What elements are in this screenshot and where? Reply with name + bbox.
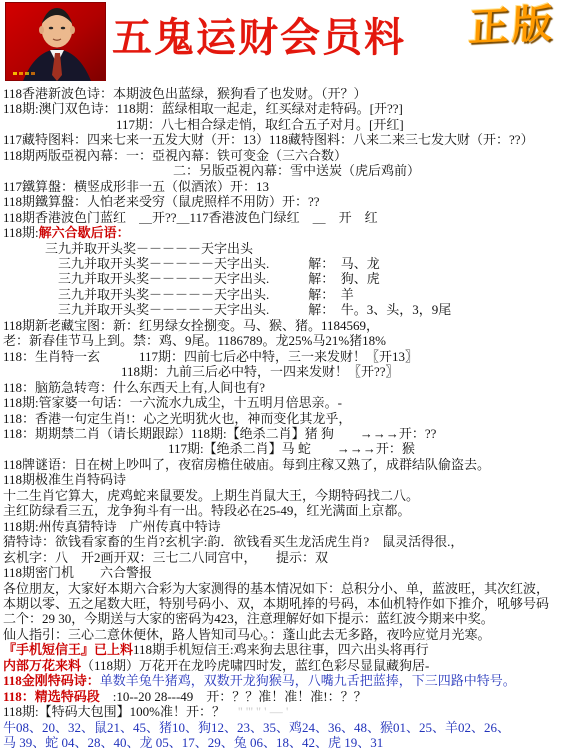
text-segment: 118期:州传真猜特诗 广州传真中特诗	[3, 519, 221, 534]
genuine-stamp: 正版	[468, 0, 557, 52]
text-segment: 十二生肖它算大，虎鸡蛇来鼠要发。上期生肖鼠大王，今期特码找二八。	[3, 488, 419, 503]
text-segment: 118：生肖特一玄 117期：四前七后必中特，三一来发财！〖开13〗	[3, 349, 418, 364]
text-segment: 解六合歇后语：	[39, 225, 130, 240]
text-segment: 118牌谜语：日在树上吵叫了，夜宿房檐住破庙。每到庄稼又熟了，成群结队偷盗去。	[3, 457, 490, 472]
text-segment: 118期:	[3, 225, 39, 240]
text-line: 玄机字：八 开2画开双：三七二八同宫中， 提示：双	[3, 550, 575, 565]
text-line: 117期：八七相合绿走悄，取红合五子对月。[开红]	[3, 117, 575, 132]
text-line: 马 39、蛇 04、28、40、龙 05、17、29、兔 06、18、42、虎 …	[3, 735, 575, 750]
text-line: 三九并取开头奖－－－－－天字出头. 解： 马、龙	[3, 256, 575, 271]
text-segment: 118期:澳门双色诗：118期：蓝绿相取一起走，红买绿对走特码。[开??]	[3, 101, 403, 116]
text-line: 老：新春佳节马上到。禁：鸡、9尾。1186789。龙25%马21%猪18%	[3, 333, 575, 348]
text-segment: 主红防绿看三五，龙争狗斗有一出。特段必在25-49，红光满面上京都。	[3, 503, 410, 518]
text-line: 仙人指引：三心二意休便休，路人皆知司马心。：蓬山此去无多路，夜吟应觉月光寒。	[3, 627, 575, 642]
text-line: 117鐵算盤：横竖成形非一五（似酒浓）开：13	[3, 179, 575, 194]
text-segment: 内部万花来料	[3, 658, 81, 673]
text-segment: 118：期期禁二肖（请长期跟踪）118期:【绝杀二肖】猪 狗 →→→开：??	[3, 426, 436, 441]
text-line: 各位朋友，大家好本期六合彩为大家测得的基本情况如下：总积分小、单，蓝波旺，其次红…	[3, 581, 575, 596]
text-line: 三九并取开头奖－－－－－天字出头. 解： 牛。3、头，3，9尾	[3, 302, 575, 317]
text-line: 三九并取开头奖－－－－－天字出头. 解： 狗、虎	[3, 271, 575, 286]
page-header: 五鬼运财会员料 正版	[0, 0, 575, 86]
text-segment: 118期两版亞視內幕：一：亞視內幕：铁可变金（三六合数）	[3, 148, 347, 163]
text-line: 118香港新波色诗：本期波色出蓝绿，猴狗看了也发财。（开？）	[3, 86, 575, 101]
text-line: 117藏特图料：四来七来一五发大财（开：13）118藏特图料：八来二来三七发大财…	[3, 132, 575, 147]
text-segment: 猜特诗：欲钱看家畜的生肖?玄机字:韵．欲钱看买生龙活虎生肖? 鼠灵活得很.，	[3, 534, 463, 549]
text-line: 本期以零、五之尾数大旺，特别号码小、双，本期吼捧的号码，本仙机特作如下推介，吼够…	[3, 596, 575, 611]
text-segment: 『手机短信王』已上料	[3, 642, 133, 657]
text-segment: 117藏特图料：四来七来一五发大财（开：13）118藏特图料：八来二来三七发大财…	[3, 132, 534, 147]
text-segment: 老：新春佳节马上到。禁：鸡、9尾。1186789。龙25%马21%猪18%	[3, 333, 386, 348]
text-segment: 三九并取开头奖－－－－－天字出头	[45, 241, 253, 256]
text-line: 118期两版亞視內幕：一：亞視內幕：铁可变金（三六合数）	[3, 148, 575, 163]
text-line: 『手机短信王』已上料118期手机短信王:鸡来狗去思往事，四六出头将再行	[3, 642, 575, 657]
text-line: 118期:州传真猜特诗 广州传真中特诗	[3, 519, 575, 534]
lottery-tipsheet-page: 五鬼运财会员料 正版 118香港新波色诗：本期波色出蓝绿，猴狗看了也发财。（开？…	[0, 0, 575, 751]
text-segment: 118期香港波色门蓝红 ＿开??＿117香港波色门绿红 ＿ 开 红	[3, 210, 378, 225]
text-line: 118牌谜语：日在树上吵叫了，夜宿房檐住破庙。每到庄稼又熟了，成群结队偷盗去。	[3, 457, 575, 472]
text-line: 118金刚特码诗：单数羊兔牛猪鸡，双数开龙狗猴马，八嘴九舌把蓝捧，下三四路中特号…	[3, 673, 575, 688]
text-segment: 二：另版亞視內幕：雪中送炭（虎后鸡前）	[173, 163, 420, 178]
text-segment: 玄机字：八 开2画开双：三七二八同宫中， 提示：双	[3, 550, 328, 565]
text-segment: 118：香港一句定生肖!：心之光明犹火也，神而变化其龙乎，	[3, 411, 351, 426]
text-line: 118期:【特码大包围】100%准！开：？ '' ''' '' ' ― '	[3, 704, 575, 719]
text-line: 三九并取开头奖－－－－－天字出头. 解： 羊	[3, 287, 575, 302]
text-line: 118期:管家婆一句话：一六流水九成尘，十五明月倍思亲。-	[3, 395, 575, 410]
text-segment: 117期:【绝杀二肖】马 蛇 →→→开：猴	[168, 441, 415, 456]
text-segment: 牛08、20、32、鼠21、45、猪10、狗12、23、35、鸡24、36、48…	[3, 720, 510, 735]
text-segment: 三九并取开头奖－－－－－天字出头. 解： 马、龙	[58, 256, 380, 271]
text-segment: 三九并取开头奖－－－－－天字出头. 解： 羊	[58, 287, 354, 302]
text-segment: 118期:【特码大包围】100%准！开：？	[3, 704, 225, 719]
text-line: 117期:【绝杀二肖】马 蛇 →→→开：猴	[3, 441, 575, 456]
text-segment: （118期）万花开在龙吟虎啸四时发，蓝红色彩尽显鼠藏狗居-	[81, 658, 429, 673]
page-title: 五鬼运财会员料	[112, 16, 406, 60]
text-segment: 117鐵算盤：横竖成形非一五（似酒浓）开：13	[3, 179, 269, 194]
text-line: 118期密门机 六合警报	[3, 565, 575, 580]
text-segment: 118：精选特码段	[3, 689, 100, 704]
text-segment: 马 39、蛇 04、28、40、龙 05、17、29、兔 06、18、42、虎 …	[3, 735, 383, 750]
text-segment: 二个：29 30，今期送与大家的密码为423，注意理解好如下提示：蓝红波今期来中…	[3, 611, 494, 626]
text-segment: 118期密门机 六合警报	[3, 565, 152, 580]
text-line: 118：脑筋急转弯：什么东西天上有,人间也有?	[3, 380, 575, 395]
text-line: 三九并取开头奖－－－－－天字出头	[3, 241, 575, 256]
text-line: 十二生肖它算大，虎鸡蛇来鼠要发。上期生肖鼠大王，今期特码找二八。	[3, 488, 575, 503]
text-segment: 三九并取开头奖－－－－－天字出头. 解： 狗、虎	[58, 271, 380, 286]
text-line: 118期极准生肖特码诗	[3, 472, 575, 487]
text-line: 内部万花来料（118期）万花开在龙吟虎啸四时发，蓝红色彩尽显鼠藏狗居-	[3, 658, 575, 673]
text-line: 118期:解六合歇后语：	[3, 225, 575, 240]
portrait-photo	[5, 2, 106, 81]
text-line: 118期：九前三后必中特，一四来发财！〖开??〗	[3, 364, 575, 379]
text-segment: 118：脑筋急转弯：什么东西天上有,人间也有?	[3, 380, 265, 395]
text-line: 118：期期禁二肖（请长期跟踪）118期:【绝杀二肖】猪 狗 →→→开：??	[3, 426, 575, 441]
text-line: 二：另版亞視內幕：雪中送炭（虎后鸡前）	[3, 163, 575, 178]
text-segment: :10--20 28---49 开：？？准！准！准!：？？	[100, 689, 367, 704]
text-segment: 118期新老藏宝图：新：红男绿女拴捌变。马、猴、猪。1184569，	[3, 318, 379, 333]
text-line: 二个：29 30，今期送与大家的密码为423，注意理解好如下提示：蓝红波今期来中…	[3, 611, 575, 626]
text-segment: 118期：九前三后必中特，一四来发财！〖开??〗	[121, 364, 399, 379]
text-line: 牛08、20、32、鼠21、45、猪10、狗12、23、35、鸡24、36、48…	[3, 720, 575, 735]
text-segment: 118期:管家婆一句话：一六流水九成尘，十五明月倍思亲。-	[3, 395, 342, 410]
text-line: 118期:澳门双色诗：118期：蓝绿相取一起走，红买绿对走特码。[开??]	[3, 101, 575, 116]
text-line: 118：香港一句定生肖!：心之光明犹火也，神而变化其龙乎，	[3, 411, 575, 426]
text-line: 118期鐵算盤：人怕老来受穷（鼠虎照样不用防）开：??	[3, 194, 575, 209]
text-segment: 本期以零、五之尾数大旺，特别号码小、双，本期吼捧的号码，本仙机特作如下推介，吼够…	[3, 596, 549, 611]
content-lines: 118香港新波色诗：本期波色出蓝绿，猴狗看了也发财。（开？）118期:澳门双色诗…	[3, 86, 575, 750]
text-segment: 118期极准生肖特码诗	[3, 472, 126, 487]
text-line: 118：精选特码段 :10--20 28---49 开：？？准！准！准!：？？	[3, 689, 575, 704]
text-segment: 117期：八七相合绿走悄，取红合五子对月。[开红]	[116, 117, 404, 132]
text-segment: 118金刚特码诗：	[3, 673, 100, 688]
text-line: 主红防绿看三五，龙争狗斗有一出。特段必在25-49，红光满面上京都。	[3, 503, 575, 518]
text-segment: 三九并取开头奖－－－－－天字出头. 解： 牛。3、头，3，9尾	[58, 302, 451, 317]
text-segment: 118香港新波色诗：本期波色出蓝绿，猴狗看了也发财。（开？）	[3, 86, 367, 101]
text-line: 118：生肖特一玄 117期：四前七后必中特，三一来发财！〖开13〗	[3, 349, 575, 364]
text-line: 118期香港波色门蓝红 ＿开??＿117香港波色门绿红 ＿ 开 红	[3, 210, 575, 225]
text-segment: 仙人指引：三心二意休便休，路人皆知司马心。：蓬山此去无多路，夜吟应觉月光寒。	[3, 627, 491, 642]
text-segment: 118期鐵算盤：人怕老来受穷（鼠虎照样不用防）开：??	[3, 194, 320, 209]
text-line: 猜特诗：欲钱看家畜的生肖?玄机字:韵．欲钱看买生龙活虎生肖? 鼠灵活得很.，	[3, 534, 575, 549]
text-segment: 118期手机短信王:鸡来狗去思往事，四六出头将再行	[133, 642, 429, 657]
text-line: 118期新老藏宝图：新：红男绿女拴捌变。马、猴、猪。1184569，	[3, 318, 575, 333]
text-segment: 单数羊兔牛猪鸡，双数开龙狗猴马，八嘴九舌把蓝捧，下三四路中特号。	[100, 673, 516, 688]
text-segment: 各位朋友，大家好本期六合彩为大家测得的基本情况如下：总积分小、单，蓝波旺，其次红…	[3, 581, 549, 596]
text-segment: '' ''' '' ' ― '	[225, 704, 288, 719]
